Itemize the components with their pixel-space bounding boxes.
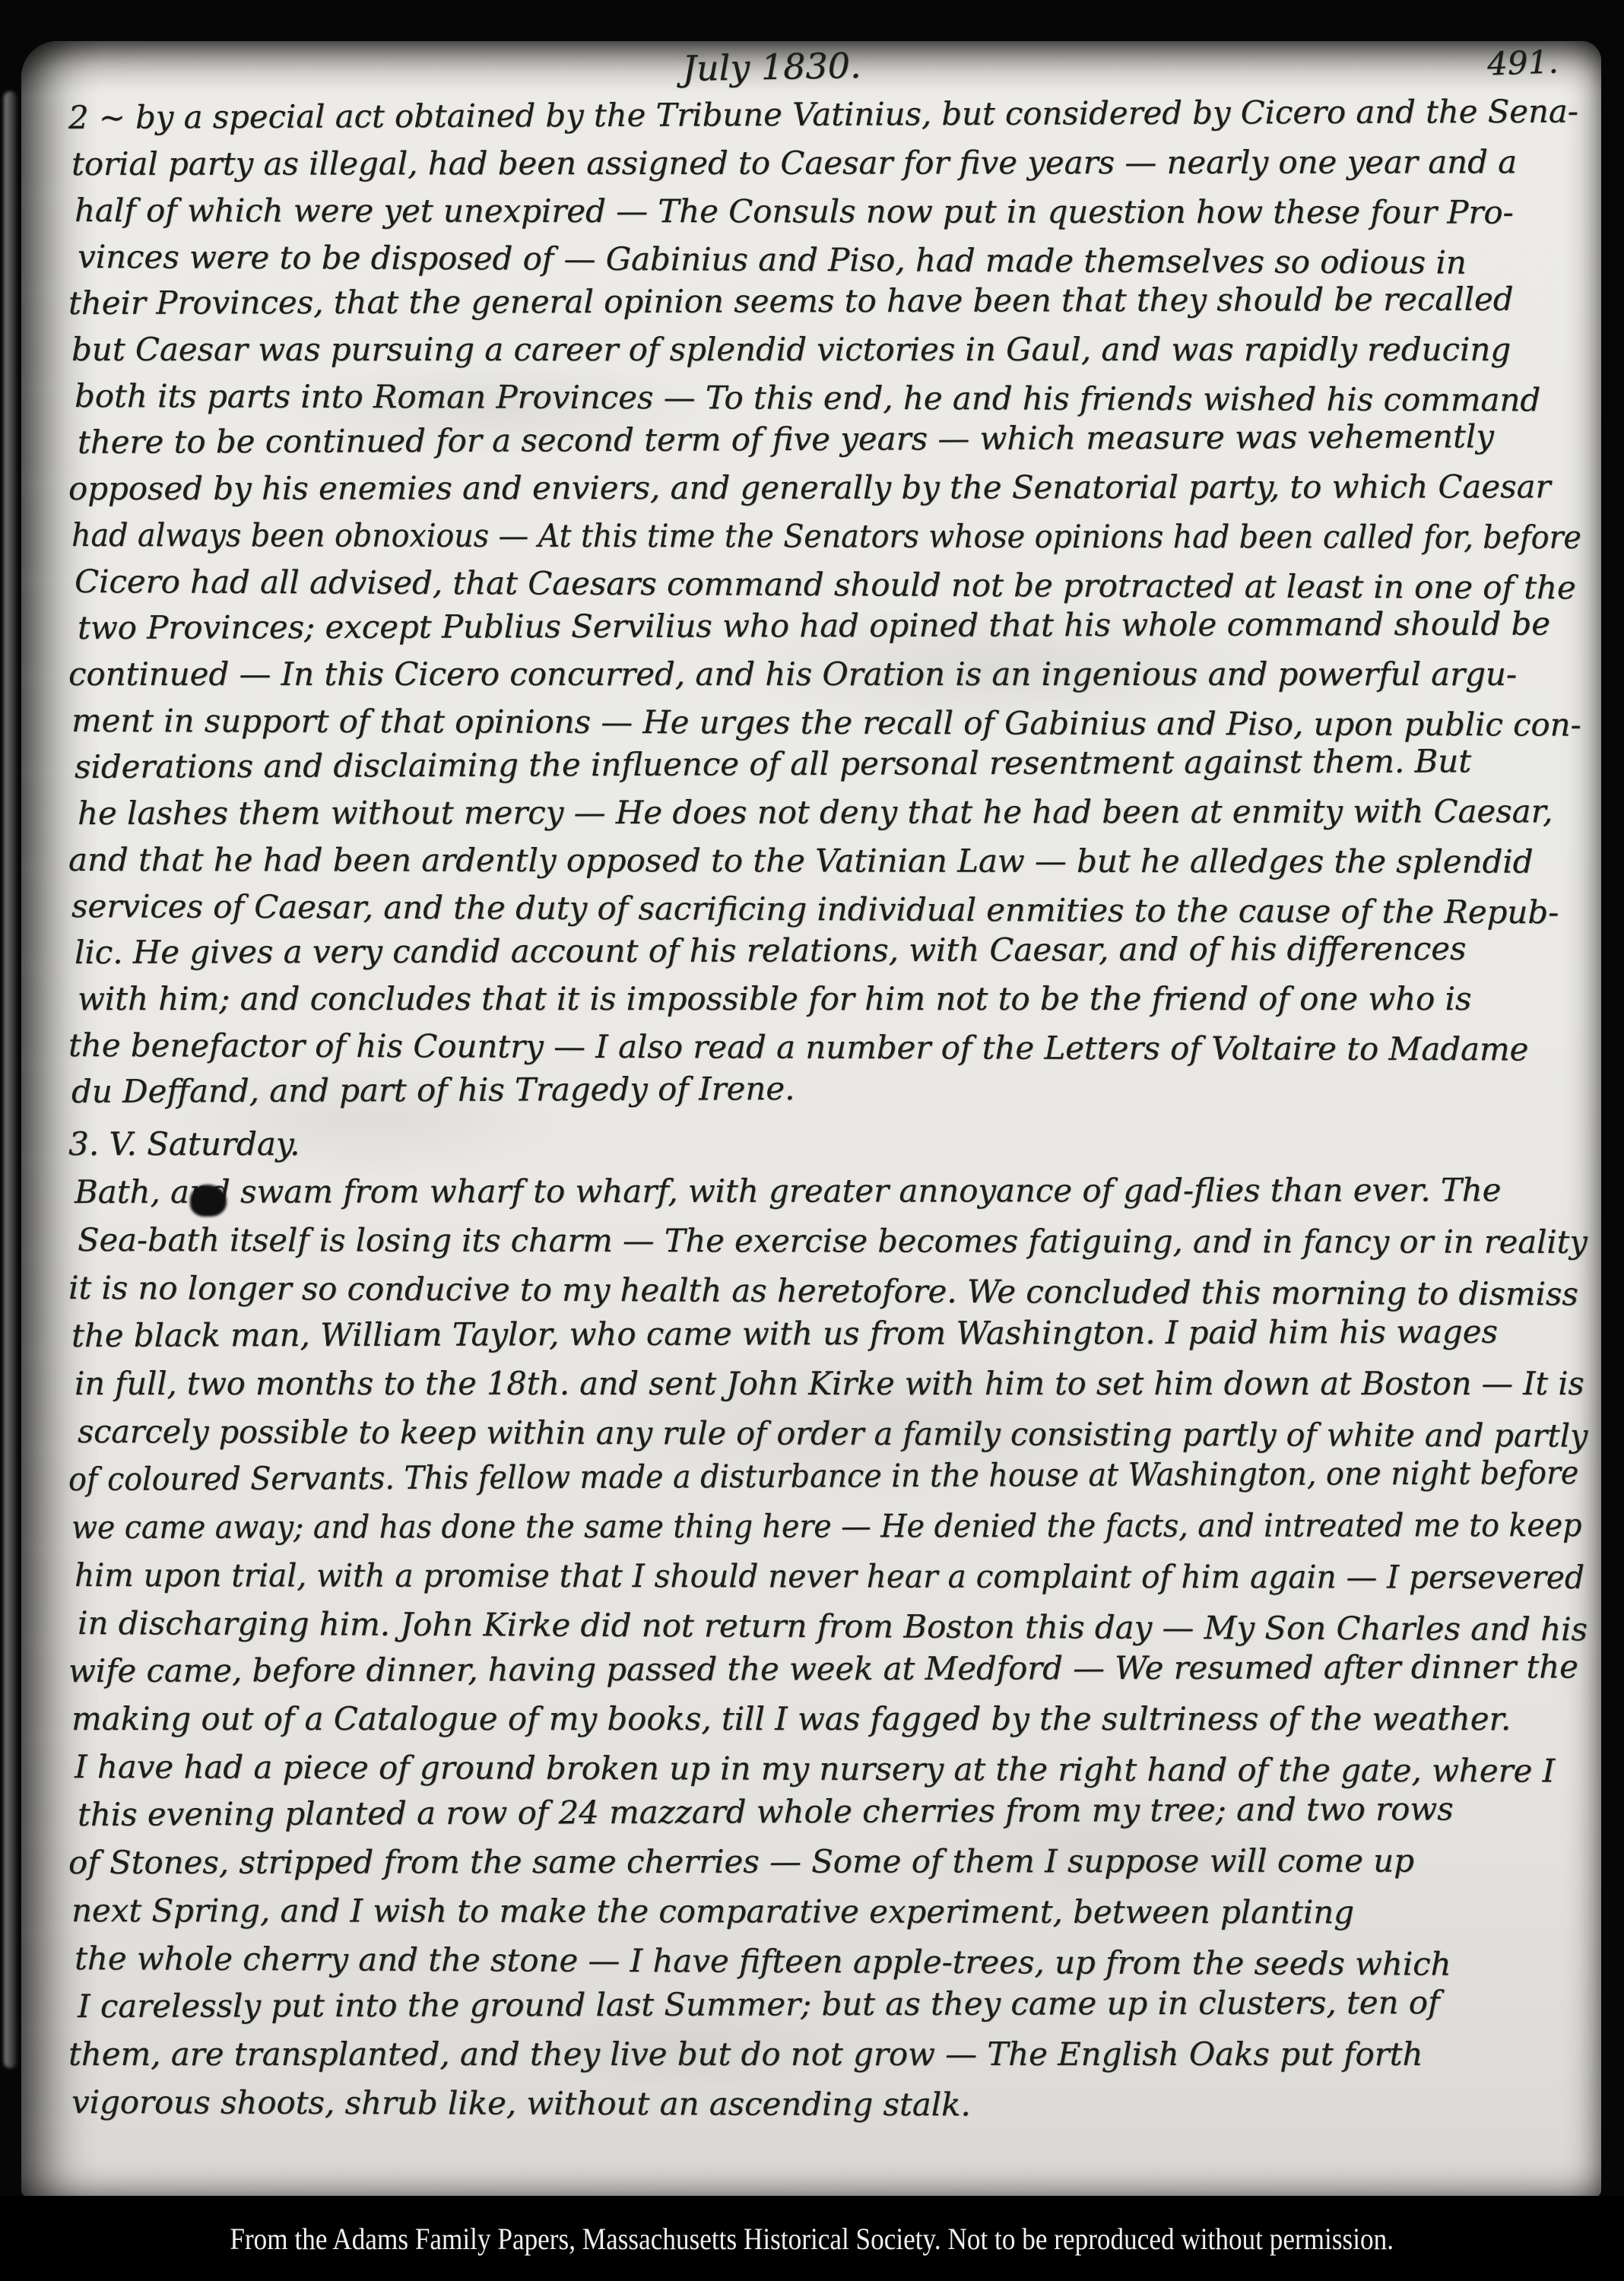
manuscript-line: vigorous shoots, shrub like, without an … xyxy=(71,2078,1578,2130)
manuscript-line: 2 ~ by a special act obtained by the Tri… xyxy=(68,88,1575,141)
page-number: 491. xyxy=(1487,43,1559,82)
diary-entry: 2 ~ by a special act obtained by the Tri… xyxy=(68,94,1584,1115)
manuscript-line: we came away; and has done the same thin… xyxy=(71,1501,1494,1551)
manuscript-line: of Stones, stripped from the same cherri… xyxy=(68,1836,1578,1886)
manuscript-line: wife came, before dinner, having passed … xyxy=(68,1642,1575,1695)
manuscript-line: but Caesar was pursuing a career of sple… xyxy=(71,326,1578,373)
manuscript-line: Sea-bath itself is losing its charm — Th… xyxy=(78,1216,1568,1266)
manuscript-line: next Spring, and I wish to make the comp… xyxy=(71,1886,1578,1937)
manuscript-line: du Deffand, and part of his Tragedy of I… xyxy=(71,1062,1578,1115)
ink-blot xyxy=(190,1185,227,1217)
manuscript-line: siderations and disclaiming the influenc… xyxy=(75,738,1578,790)
manuscript-body: 2 ~ by a special act obtained by the Tri… xyxy=(21,93,1601,2126)
manuscript-line: them, are transplanted, and they live bu… xyxy=(68,2030,1578,2078)
credit-text: From the Adams Family Papers, Massachuse… xyxy=(230,2221,1394,2257)
manuscript-line: with him; and concludes that it is impos… xyxy=(78,976,1578,1022)
manuscript-line: torial party as illegal, had been assign… xyxy=(71,138,1578,187)
manuscript-line: there to be continued for a second term … xyxy=(78,413,1578,465)
manuscript-line: making out of a Catalogue of my books, t… xyxy=(71,1695,1578,1743)
manuscript-line: him upon trial, with a promise that I sh… xyxy=(75,1551,1535,1601)
manuscript-line: of coloured Servants. This fellow made a… xyxy=(68,1449,1497,1503)
manuscript-line: lic. He gives a very candid account of h… xyxy=(75,925,1578,976)
manuscript-line: the black man, William Taylor, who came … xyxy=(71,1307,1578,1359)
manuscript-line: continued — In this Cicero concurred, an… xyxy=(68,651,1578,697)
manuscript-line: in full, two months to the 18th. and sen… xyxy=(75,1359,1562,1407)
manuscript-line: their Provinces, that the general opinio… xyxy=(68,275,1578,326)
manuscript-line: he lashes them without mercy — He does n… xyxy=(78,788,1578,836)
manuscript-page: July 1830. 491. 2 ~ by a special act obt… xyxy=(21,41,1601,2197)
entry-heading: 3. V. Saturday. xyxy=(68,1121,1584,1168)
manuscript-line: opposed by his enemies and enviers, and … xyxy=(68,463,1578,512)
manuscript-line: half of which were yet unexpired — The C… xyxy=(75,187,1578,236)
manuscript-line: and that he had been ardently opposed to… xyxy=(68,836,1578,885)
manuscript-line: two Provinces; except Publius Servilius … xyxy=(78,600,1578,651)
manuscript-line: Bath, and swam from wharf to wharf, with… xyxy=(75,1166,1578,1216)
manuscript-line: I carelessly put into the ground last Su… xyxy=(78,1978,1578,2030)
manuscript-line: this evening planted a row of 24 mazzard… xyxy=(78,1785,1578,1838)
diary-entry: 3. V. Saturday.Bath, and swam from wharf… xyxy=(68,1121,1584,2126)
credit-banner: From the Adams Family Papers, Massachuse… xyxy=(0,2196,1624,2281)
page-header: July 1830. 491. xyxy=(21,41,1601,93)
manuscript-scan: July 1830. 491. 2 ~ by a special act obt… xyxy=(0,0,1624,2281)
book-spine-edge xyxy=(4,91,17,2068)
manuscript-line: had always been obnoxious — At this time… xyxy=(71,512,1496,560)
